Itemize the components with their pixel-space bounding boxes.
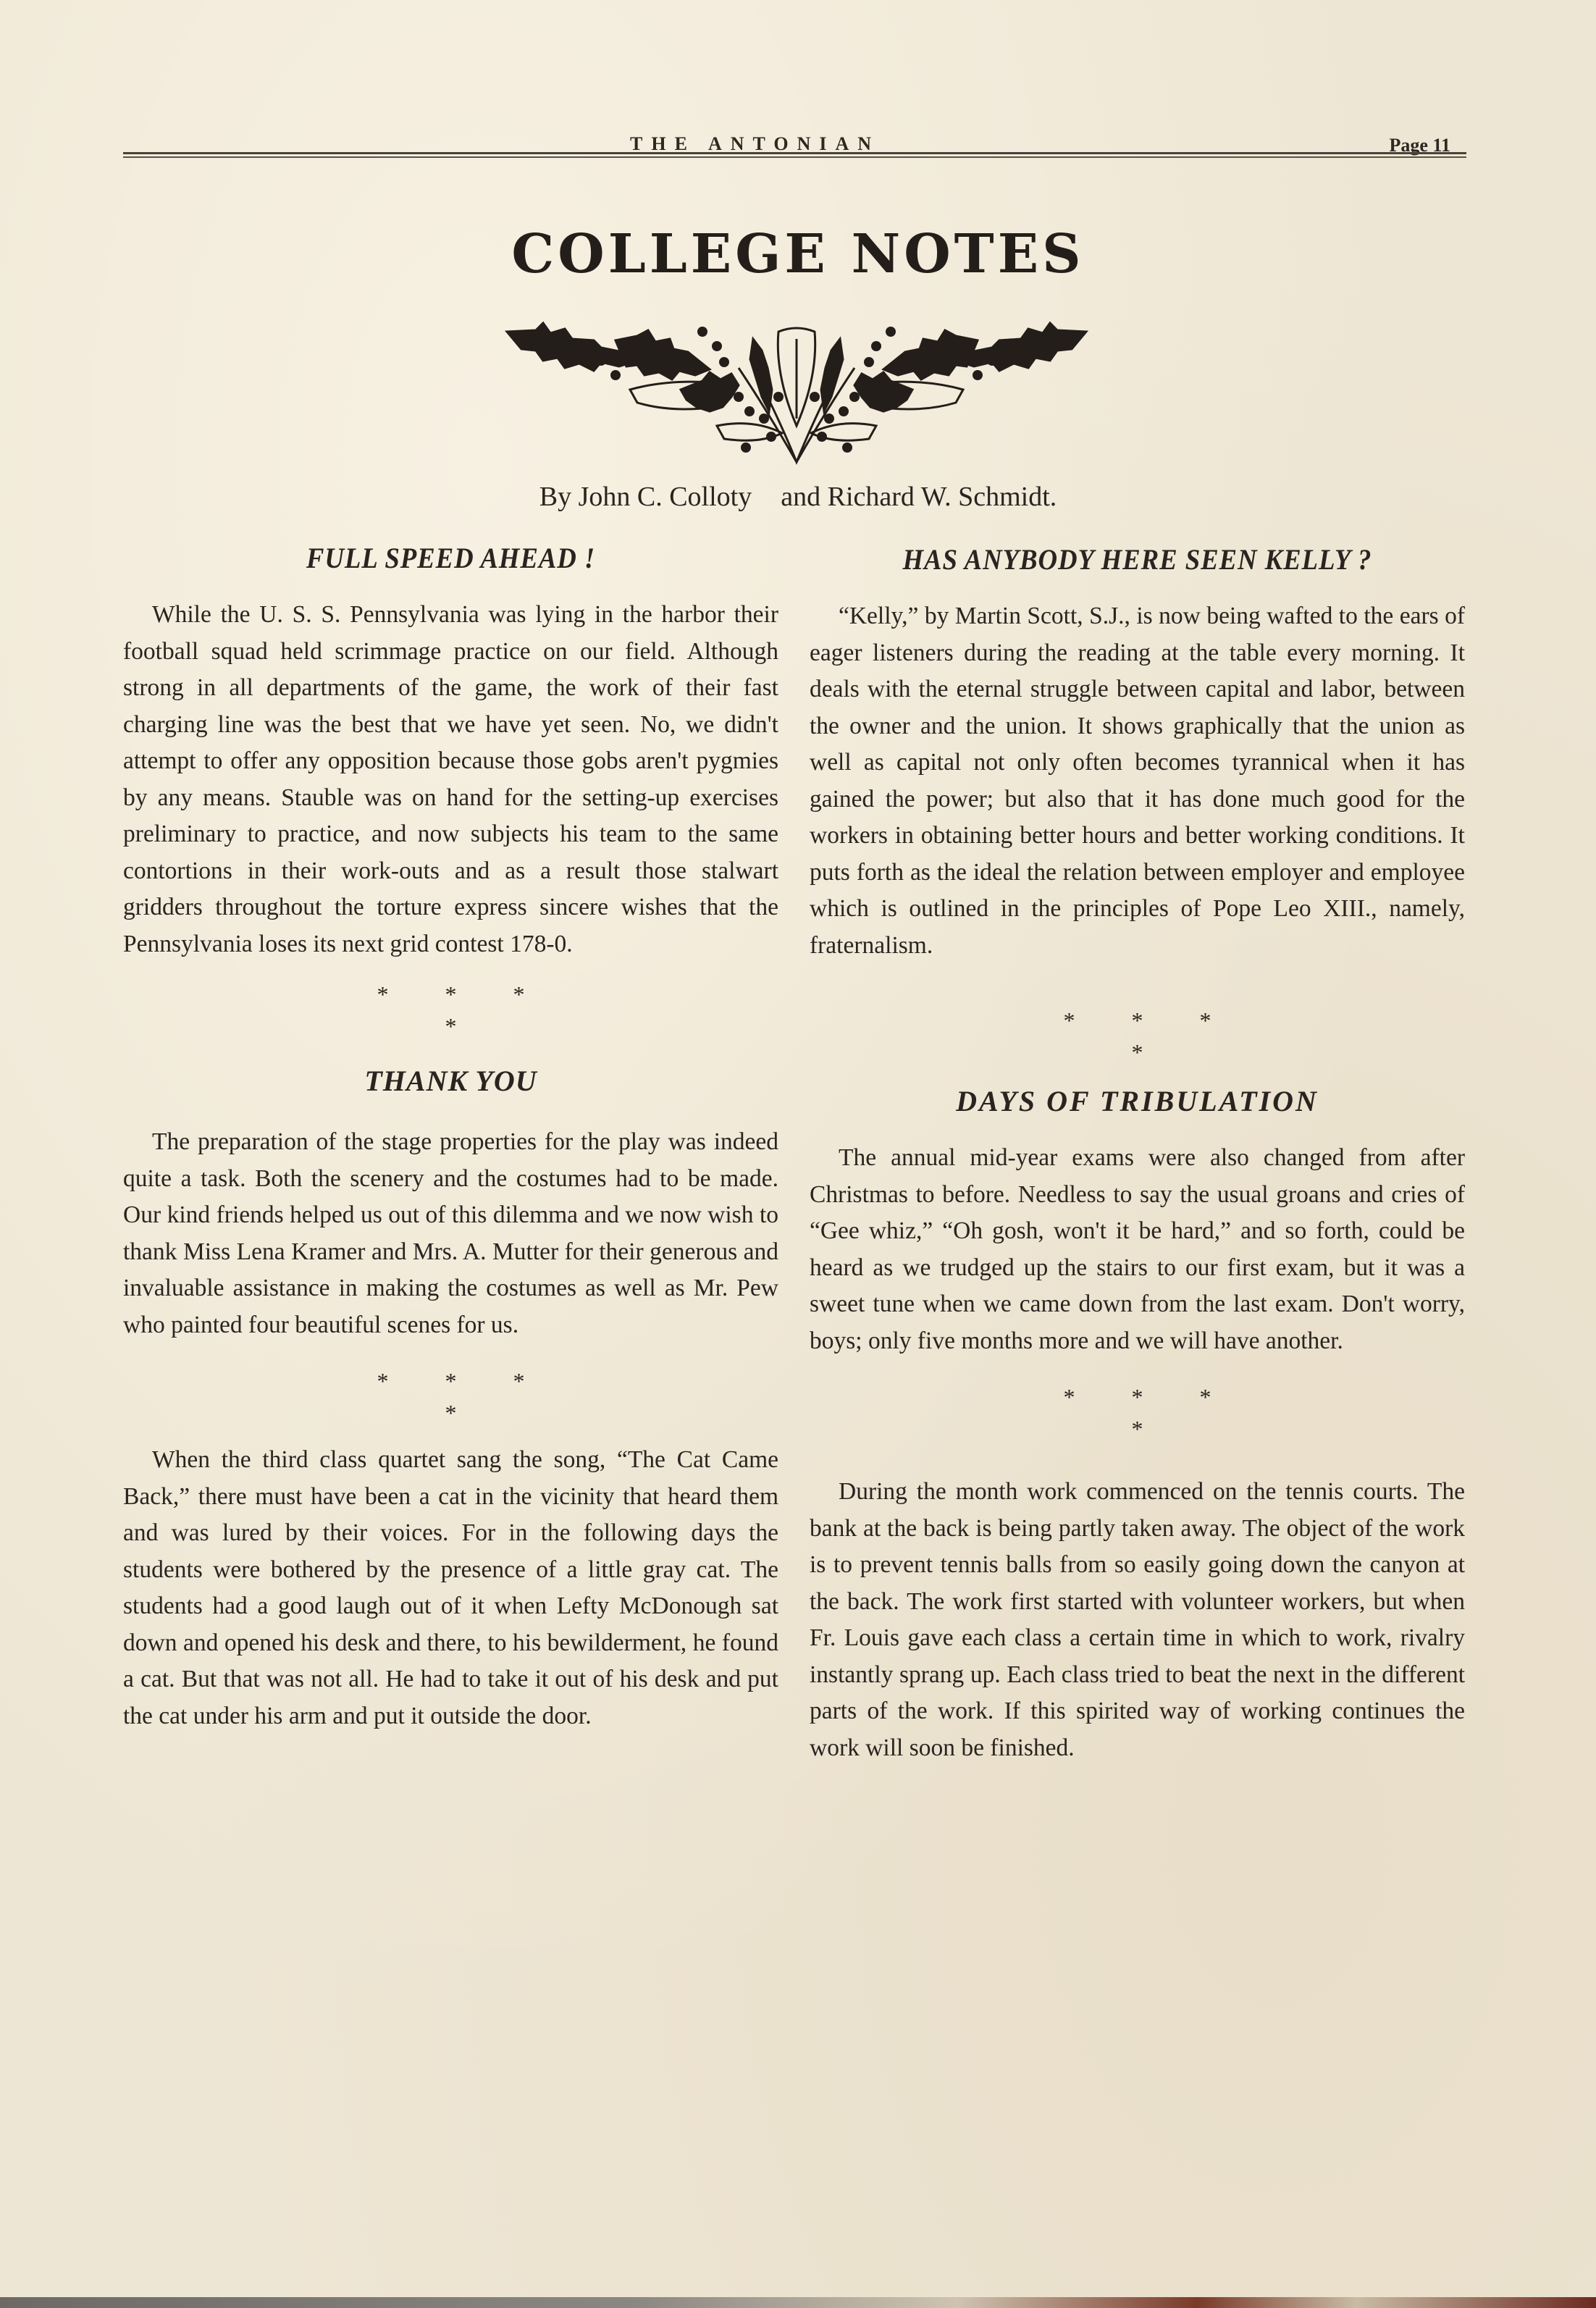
page-bottom-edge: [0, 2297, 1596, 2308]
section-separator: *** *: [123, 978, 778, 1042]
section-heading-thank-you: THANK YOU: [123, 1064, 778, 1098]
left-column: FULL SPEED AHEAD ! While the U. S. S. Pe…: [123, 540, 778, 1734]
holly-ornament-icon: [492, 310, 1101, 469]
section-heading-full-speed-ahead: FULL SPEED AHEAD !: [149, 541, 752, 575]
section-separator: *** *: [810, 1381, 1465, 1445]
article-paragraph: “Kelly,” by Martin Scott, S.J., is now b…: [810, 598, 1465, 964]
article-paragraph: The annual mid-year exams were also chan…: [810, 1140, 1465, 1359]
right-column: HAS ANYBODY HERE SEEN KELLY ? “Kelly,” b…: [810, 540, 1465, 1766]
author-1: By John C. Colloty: [539, 482, 752, 512]
article-paragraph: The preparation of the stage properties …: [123, 1124, 778, 1343]
article-paragraph: During the month work commenced on the t…: [810, 1474, 1465, 1766]
section-heading-days-of-tribulation: DAYS OF TRIBULATION: [810, 1084, 1465, 1118]
article-paragraph: When the third class quartet sang the so…: [123, 1442, 778, 1734]
page-title: COLLEGE NOTES: [0, 223, 1596, 285]
author-2: and Richard W. Schmidt.: [781, 482, 1057, 512]
section-separator: *** *: [810, 1004, 1465, 1068]
section-heading-kelly: HAS ANYBODY HERE SEEN KELLY ?: [836, 542, 1439, 576]
header-rule: [123, 152, 1466, 158]
document-page: THE ANTONIAN Page 11 COLLEGE NOTES: [0, 0, 1596, 2308]
section-separator: *** *: [123, 1365, 778, 1429]
byline: By John C. Collotyand Richard W. Schmidt…: [0, 481, 1596, 513]
article-paragraph: While the U. S. S. Pennsylvania was lyin…: [123, 597, 778, 962]
